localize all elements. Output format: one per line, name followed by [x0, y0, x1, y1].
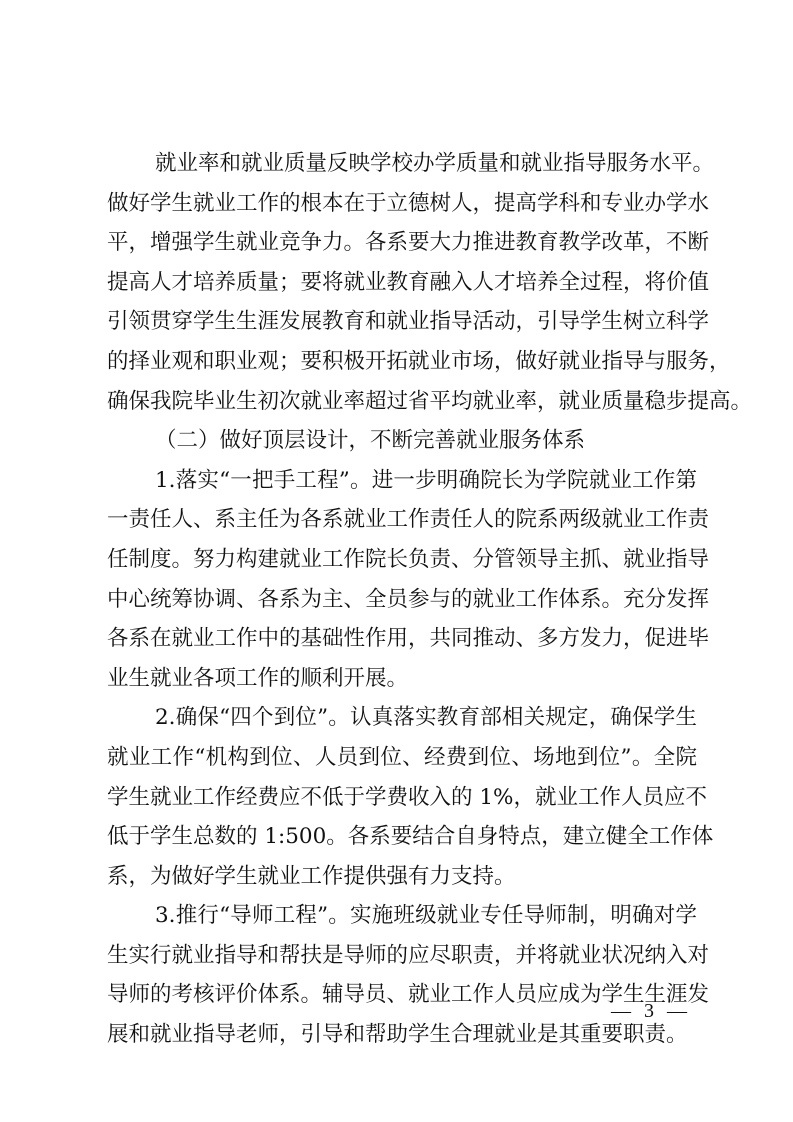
- paragraph-item-3: 3.推行“导师工程”。实施班级就业专任导师制，明确对学 生实行就业指导和帮扶是导…: [107, 896, 697, 1054]
- text-line: 中心统筹协调、各系为主、全员参与的就业工作体系。充分发挥: [107, 580, 697, 620]
- paragraph-item-1: 1.落实“一把手工程”。进一步明确院长为学院就业工作第 一责任人、系主任为各系就…: [107, 461, 697, 699]
- text-line: 展和就业指导老师，引导和帮助学生合理就业是其重要职责。: [107, 1015, 697, 1055]
- text-line: 就业工作“机构到位、人员到位、经费到位、场地到位”。全院: [107, 738, 697, 778]
- text-line: 3.推行“导师工程”。实施班级就业专任导师制，明确对学: [107, 896, 697, 936]
- heading-text: （二）做好顶层设计，不断完善就业服务体系: [107, 421, 697, 461]
- paragraph-employment-quality: 就业率和就业质量反映学校办学质量和就业指导服务水平。 做好学生就业工作的根本在于…: [107, 144, 697, 421]
- text-line: 平，增强学生就业竞争力。各系要大力推进教育教学改革，不断: [107, 223, 697, 263]
- text-line: 1.落实“一把手工程”。进一步明确院长为学院就业工作第: [107, 461, 697, 501]
- text-line: 系，为做好学生就业工作提供强有力支持。: [107, 857, 697, 897]
- text-line: 低于学生总数的 1:500。各系要结合自身特点，建立健全工作体: [107, 817, 697, 857]
- text-line: 各系在就业工作中的基础性作用，共同推动、多方发力，促进毕: [107, 619, 697, 659]
- text-line: 引领贯穿学生生涯发展教育和就业指导活动，引导学生树立科学: [107, 302, 697, 342]
- document-body: 就业率和就业质量反映学校办学质量和就业指导服务水平。 做好学生就业工作的根本在于…: [107, 144, 697, 1055]
- paragraph-item-2: 2.确保“四个到位”。认真落实教育部相关规定，确保学生 就业工作“机构到位、人员…: [107, 698, 697, 896]
- text-line: 确保我院毕业生初次就业率超过省平均就业率，就业质量稳步提高。: [107, 382, 697, 422]
- text-line: 导师的考核评价体系。辅导员、就业工作人员应成为学生生涯发: [107, 975, 697, 1015]
- text-line: 就业率和就业质量反映学校办学质量和就业指导服务水平。: [107, 144, 697, 184]
- text-line: 学生就业工作经费应不低于学费收入的 1%，就业工作人员应不: [107, 778, 697, 818]
- section-heading: （二）做好顶层设计，不断完善就业服务体系: [107, 421, 697, 461]
- text-line: 做好学生就业工作的根本在于立德树人，提高学科和专业办学水: [107, 184, 697, 224]
- text-line: 生实行就业指导和帮扶是导师的应尽职责，并将就业状况纳入对: [107, 936, 697, 976]
- text-line: 的择业观和职业观；要积极开拓就业市场，做好就业指导与服务，: [107, 342, 697, 382]
- text-line: 一责任人、系主任为各系就业工作责任人的院系两级就业工作责: [107, 500, 697, 540]
- text-line: 业生就业各项工作的顺利开展。: [107, 659, 697, 699]
- text-line: 2.确保“四个到位”。认真落实教育部相关规定，确保学生: [107, 698, 697, 738]
- document-page: 就业率和就业质量反映学校办学质量和就业指导服务水平。 做好学生就业工作的根本在于…: [0, 0, 793, 1122]
- text-line: 任制度。努力构建就业工作院长负责、分管领导主抓、就业指导: [107, 540, 697, 580]
- page-number: — 3 —: [611, 1000, 691, 1023]
- text-line: 提高人才培养质量；要将就业教育融入人才培养全过程，将价值: [107, 263, 697, 303]
